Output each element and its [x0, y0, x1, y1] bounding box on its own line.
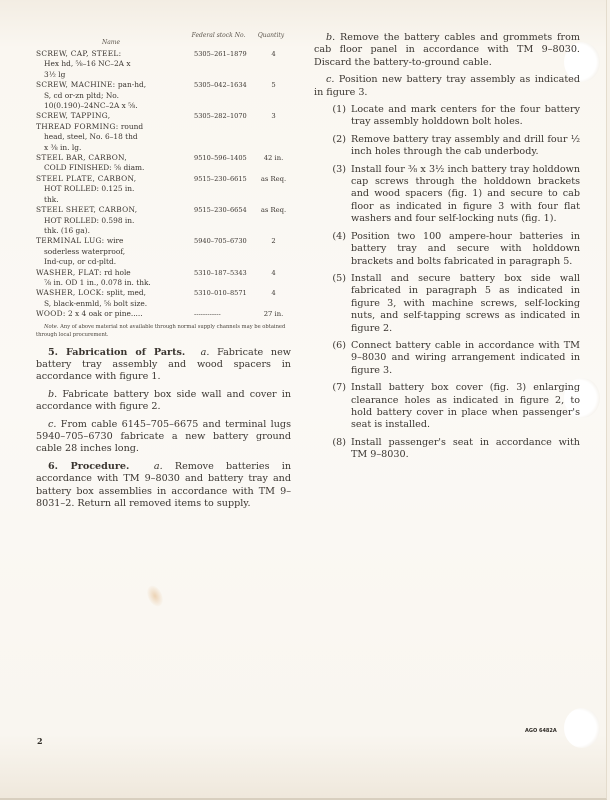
item-stock-number: 5305–042–1634 [194, 80, 256, 111]
left-column: Name Federal stock No. Quantity SCREW, C… [36, 32, 291, 510]
step-text: Position two 100 ampere-hour batteries i… [351, 231, 580, 268]
item-description: S, cd or-zn pltd; No. [36, 91, 194, 101]
step-number: (6) [322, 340, 351, 377]
table-row: WASHER, FLAT: rd hole⅞ in. OD 1 in., 0.0… [36, 268, 291, 289]
binder-hole-bottom [564, 708, 600, 748]
table-row: SCREW, TAPPING,5305–282–10703 [36, 111, 291, 121]
item-quantity: 2 [256, 236, 291, 267]
table-row: STEEL SHEET, CARBON,HOT ROLLED: 0.598 in… [36, 205, 291, 236]
table-row: SCREW, CAP, STEEL:Hex hd, ⅝–16 NC–2A x3½… [36, 49, 291, 80]
page-number: 2 [37, 736, 43, 746]
item-name: SCREW, CAP, STEEL: [36, 49, 121, 58]
item-quantity: 3 [256, 111, 291, 121]
procedure-step: (4)Position two 100 ampere-hour batterie… [314, 231, 580, 268]
item-name: WASHER, FLAT: [36, 268, 102, 277]
item-name: SCREW, MACHINE: [36, 80, 115, 89]
item-quantity: 4 [256, 268, 291, 289]
item-stock-number: 5310–187–5343 [194, 268, 256, 289]
item-name-cell: WOOD: 2 x 4 oak or pine..... [36, 309, 194, 319]
step-text: Install passenger's seat in accordance w… [351, 437, 580, 462]
paragraph-6-heading: 6. Procedure. [48, 461, 129, 472]
item-name-suffix: rd hole [102, 268, 131, 277]
item-description: HOT ROLLED: 0.598 in. [36, 216, 194, 226]
item-quantity: 42 in. [256, 153, 291, 174]
item-name-suffix: 2 x 4 oak or pine..... [66, 309, 143, 318]
item-name: SCREW, TAPPING, [36, 111, 110, 120]
item-description: Ind-cup, or cd-pltd. [36, 257, 194, 267]
item-name-cell: WASHER, LOCK: split, med,S, black-enmld,… [36, 288, 194, 309]
item-description: COLD FINISHED: ⅝ diam. [36, 163, 194, 173]
item-quantity: 4 [256, 49, 291, 80]
subpara-letter: a. [154, 461, 163, 472]
step-text: Install and secure battery box side wall… [351, 273, 580, 335]
subpara-letter: b. [48, 389, 57, 400]
item-quantity: 27 in. [256, 309, 291, 319]
paragraph-5c: c. From cable 6145–705–6675 and terminal… [36, 419, 291, 456]
item-name-cell: STEEL PLATE, CARBON,HOT ROLLED: 0.125 in… [36, 174, 194, 205]
document-page: Name Federal stock No. Quantity SCREW, C… [0, 0, 607, 800]
materials-table-body: SCREW, CAP, STEEL:Hex hd, ⅝–16 NC–2A x3½… [36, 49, 291, 320]
item-stock-number: 9515–230–6654 [194, 205, 256, 236]
item-quantity: as Req. [256, 174, 291, 205]
paragraph-text: From cable 6145–705–6675 and terminal lu… [36, 419, 291, 455]
step-number: (8) [322, 437, 351, 462]
item-description: ⅞ in. OD 1 in., 0.078 in. thk. [36, 278, 194, 288]
procedure-step: (6)Connect battery cable in accordance w… [314, 340, 580, 377]
procedure-step: (5)Install and secure battery box side w… [314, 273, 580, 335]
item-name-cell: SCREW, MACHINE: pan-hd,S, cd or-zn pltd;… [36, 80, 194, 111]
paragraph-text: Fabricate battery box side wall and cove… [36, 389, 291, 412]
item-description: thk. (16 ga). [36, 226, 194, 236]
paragraph-6b: b. Remove the battery cables and grommet… [314, 32, 580, 69]
paragraph-text: Remove the battery cables and grommets f… [314, 32, 580, 68]
table-row: STEEL BAR, CARBON,COLD FINISHED: ⅝ diam.… [36, 153, 291, 174]
step-number: (5) [322, 273, 351, 335]
item-name-cell: THREAD FORMING: roundhead, steel, No. 6–… [36, 122, 194, 153]
table-row: WOOD: 2 x 4 oak or pine.....------------… [36, 309, 291, 319]
table-row: THREAD FORMING: roundhead, steel, No. 6–… [36, 122, 291, 153]
item-stock-number: 5305–282–1070 [194, 111, 256, 121]
item-stock-number: ------------ [194, 309, 256, 319]
step-number: (2) [322, 134, 351, 159]
item-quantity: as Req. [256, 205, 291, 236]
item-name-cell: SCREW, TAPPING, [36, 111, 194, 121]
item-description: HOT ROLLED: 0.125 in. [36, 184, 194, 194]
item-name-cell: WASHER, FLAT: rd hole⅞ in. OD 1 in., 0.0… [36, 268, 194, 289]
item-name: THREAD FORMING: [36, 122, 119, 131]
item-name-cell: SCREW, CAP, STEEL:Hex hd, ⅝–16 NC–2A x3½… [36, 49, 194, 80]
note-label: Note. [44, 324, 58, 330]
paragraph-5b: b. Fabricate battery box side wall and c… [36, 389, 291, 414]
paragraph-text: Position new battery tray assembly as in… [314, 74, 580, 97]
table-row: WASHER, LOCK: split, med,S, black-enmld,… [36, 288, 291, 309]
item-description: thk. [36, 195, 194, 205]
item-stock-number: 5305–261–1879 [194, 49, 256, 80]
step-number: (1) [322, 104, 351, 129]
item-name-suffix: wire [104, 236, 123, 245]
item-stock-number: 5310–010–8571 [194, 288, 256, 309]
item-description: S, black-enmld, ⅝ bolt size. [36, 299, 194, 309]
step-text: Locate and mark centers for the four bat… [351, 104, 580, 129]
header-quantity: Quantity [251, 32, 291, 46]
item-name: STEEL PLATE, CARBON, [36, 174, 136, 183]
item-name: WOOD: [36, 309, 66, 318]
item-name: TERMINAL LUG: [36, 236, 104, 245]
item-name-cell: TERMINAL LUG: wiresoderless waterproof,I… [36, 236, 194, 267]
item-description: soderless waterproof, [36, 247, 194, 257]
item-description: 10(0.190)–24NC–2A x ⅝. [36, 101, 194, 111]
right-column: b. Remove the battery cables and grommet… [314, 32, 580, 462]
step-number: (4) [322, 231, 351, 268]
item-stock-number: 9515–230–6615 [194, 174, 256, 205]
item-quantity: 4 [256, 288, 291, 309]
item-description: head, steel, No. 6–18 thd [36, 132, 194, 142]
item-stock-number [194, 122, 256, 153]
paper-stain [144, 583, 166, 609]
item-stock-number: 9510–596–1405 [194, 153, 256, 174]
step-text: Connect battery cable in accordance with… [351, 340, 580, 377]
step-text: Remove battery tray assembly and drill f… [351, 134, 580, 159]
table-row: STEEL PLATE, CARBON,HOT ROLLED: 0.125 in… [36, 174, 291, 205]
step-text: Install battery box cover (fig. 3) enlar… [351, 382, 580, 432]
step-number: (7) [322, 382, 351, 432]
table-note: Note. Any of above material not availabl… [36, 323, 291, 339]
step-text: Install four ⅜ x 3½ inch battery tray ho… [351, 164, 580, 226]
paragraph-6a: 6. Procedure. a. Remove batteries in acc… [36, 461, 291, 511]
item-name-suffix: round [119, 122, 144, 131]
procedure-step: (7)Install battery box cover (fig. 3) en… [314, 382, 580, 432]
item-description: Hex hd, ⅝–16 NC–2A x [36, 59, 194, 69]
materials-table-header: Name Federal stock No. Quantity [36, 32, 291, 46]
procedure-step: (8)Install passenger's seat in accordanc… [314, 437, 580, 462]
item-stock-number: 5940–705–6730 [194, 236, 256, 267]
item-name: WASHER, LOCK: [36, 288, 104, 297]
item-name: STEEL SHEET, CARBON, [36, 205, 137, 214]
item-name-cell: STEEL BAR, CARBON,COLD FINISHED: ⅝ diam. [36, 153, 194, 174]
header-stock-number: Federal stock No. [186, 32, 251, 46]
item-name-cell: STEEL SHEET, CARBON,HOT ROLLED: 0.598 in… [36, 205, 194, 236]
item-quantity [256, 122, 291, 153]
item-name-suffix: split, med, [104, 288, 146, 297]
procedure-steps: (1)Locate and mark centers for the four … [314, 104, 580, 462]
item-name-suffix: pan-hd, [115, 80, 146, 89]
table-row: TERMINAL LUG: wiresoderless waterproof,I… [36, 236, 291, 267]
ago-code: AGO 6482A [525, 728, 557, 734]
note-text: Any of above material not available thro… [36, 324, 285, 338]
subpara-letter: b. [326, 32, 335, 43]
item-name: STEEL BAR, CARBON, [36, 153, 127, 162]
item-quantity: 5 [256, 80, 291, 111]
procedure-step: (2)Remove battery tray assembly and dril… [314, 134, 580, 159]
table-row: SCREW, MACHINE: pan-hd,S, cd or-zn pltd;… [36, 80, 291, 111]
item-description: 3½ lg [36, 70, 194, 80]
item-description: x ⅜ in. lg. [36, 143, 194, 153]
step-number: (3) [322, 164, 351, 226]
header-name: Name [36, 32, 186, 46]
procedure-step: (1)Locate and mark centers for the four … [314, 104, 580, 129]
paragraph-5a: 5. Fabrication of Parts. a. Fabricate ne… [36, 347, 291, 384]
paragraph-6c: c. Position new battery tray assembly as… [314, 74, 580, 99]
paragraph-5-heading: 5. Fabrication of Parts. [48, 347, 185, 358]
procedure-step: (3)Install four ⅜ x 3½ inch battery tray… [314, 164, 580, 226]
